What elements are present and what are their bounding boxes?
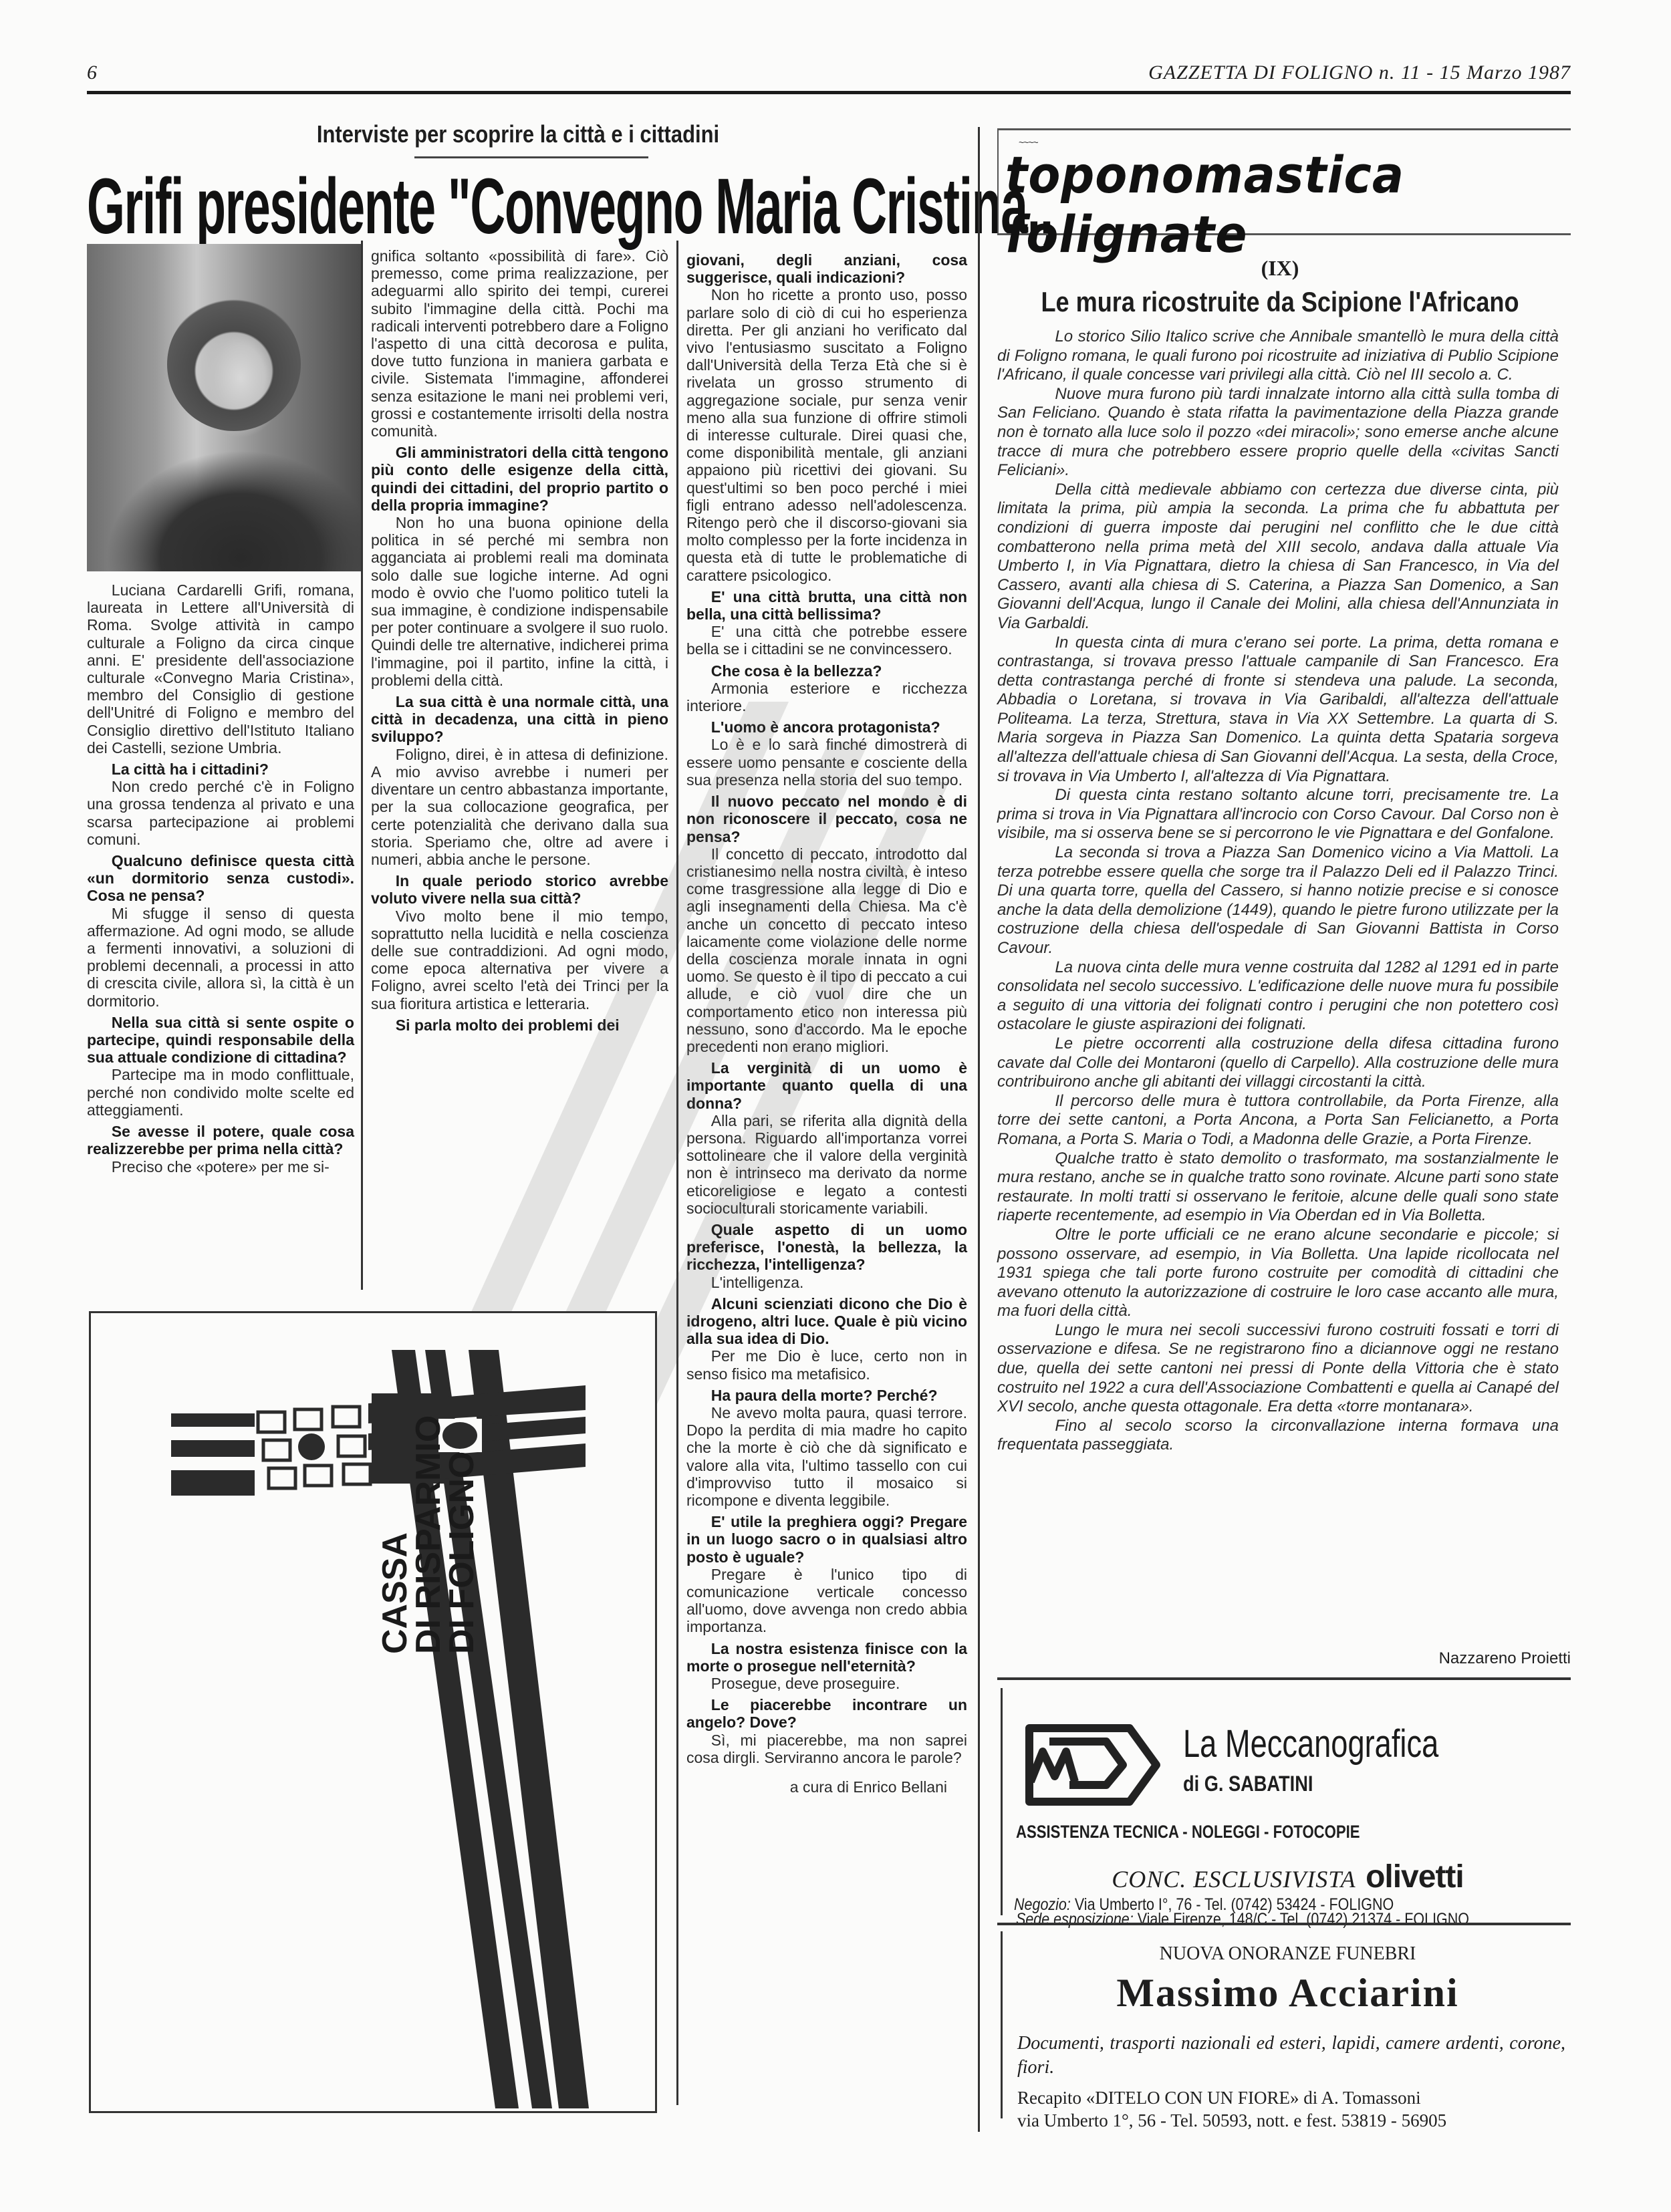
series-number: (IX) — [989, 256, 1571, 281]
interview-question: E' una città brutta, una città non bella… — [686, 588, 967, 623]
interview-question: Si parla molto dei problemi dei — [371, 1016, 668, 1034]
interview-question: Nella sua città si sente ospite o partec… — [87, 1014, 354, 1067]
interview-question: Se avesse il potere, quale cosa realizze… — [87, 1123, 354, 1157]
interview-answer: Foligno, direi, è in attesa di definizio… — [371, 746, 668, 868]
interview-answer: Il concetto di peccato, introdotto dal c… — [686, 845, 967, 1055]
company-name: La Meccanografica — [1183, 1721, 1438, 1766]
interview-answer: Per me Dio è luce, certo non in senso fi… — [686, 1347, 967, 1382]
topo-paragraph: Della città medievale abbiamo con certez… — [997, 480, 1559, 634]
interview-answer: Ne avevo molta paura, quasi terrore. Dop… — [686, 1404, 967, 1509]
bank-cross-logo-icon — [91, 1313, 657, 2113]
byline: a cura di Enrico Bellani — [686, 1778, 967, 1796]
section-title: toponomastica folignate — [1005, 145, 1525, 264]
dealer-label: CONC. ESCLUSIVISTA — [1112, 1866, 1356, 1893]
interview-question: Che cosa è la bellezza? — [686, 662, 967, 680]
topo-paragraph: Fino al secolo scorso la circonvallazion… — [997, 1417, 1559, 1455]
brand-logo: olivetti — [1366, 1859, 1464, 1895]
interview-question: La nostra esistenza finisce con la morte… — [686, 1640, 967, 1675]
topo-paragraph: In questa cinta di mura c'erano sei port… — [997, 634, 1559, 787]
company-owner: di G. SABATINI — [1183, 1772, 1313, 1796]
interview-question: E' utile la preghiera oggi? Pregare in u… — [686, 1513, 967, 1566]
topo-paragraph: Le pietre occorrenti alla costruzione de… — [997, 1034, 1559, 1092]
company-services: ASSISTENZA TECNICA - NOLEGGI - FOTOCOPIE — [1016, 1822, 1360, 1842]
interview-question: Il nuovo peccato nel mondo è di non rico… — [686, 793, 967, 845]
column-divider — [361, 241, 363, 1290]
topo-paragraph: Il percorso delle mura è tuttora control… — [997, 1092, 1559, 1149]
topo-headline: Le mura ricostruite da Scipione l'Africa… — [1030, 286, 1530, 318]
interview-answer: Vivo molto bene il mio tempo, soprattutt… — [371, 908, 668, 1012]
column-divider — [978, 127, 980, 2132]
interview-question: L'uomo è ancora protagonista? — [686, 718, 967, 736]
interview-answer: gnifica soltanto «possibilità di fare». … — [371, 247, 668, 440]
interview-question: Quale aspetto di un uomo preferisce, l'o… — [686, 1221, 967, 1274]
topo-paragraph: La seconda si trova a Piazza San Domenic… — [997, 843, 1559, 958]
topo-paragraph: Qualche tratto è stato demolito o trasfo… — [997, 1149, 1559, 1226]
interview-question: Alcuni scienziati dicono che Dio è idrog… — [686, 1295, 967, 1348]
funeral-address-1: Recapito «DITELO CON UN FIORE» di A. Tom… — [1017, 2086, 1565, 2109]
interview-answer: Mi sfugge il senso di questa affermazion… — [87, 905, 354, 1010]
interview-question: Qualcuno definisce questa città «un dorm… — [87, 852, 354, 905]
interview-question: La città ha i cittadini? — [87, 761, 354, 778]
interview-question: Ha paura della morte? Perché? — [686, 1387, 967, 1404]
interview-answer: Prosegue, deve proseguire. — [686, 1675, 967, 1692]
interview-question: Le piacerebbe incontrare un angelo? Dove… — [686, 1696, 967, 1731]
interview-column-2: gnifica soltanto «possibilità di fare». … — [371, 247, 668, 1034]
portrait-photo — [87, 244, 361, 571]
interview-answer: Pregare è l'unico tipo di comunicazione … — [686, 1566, 967, 1636]
topo-paragraph: Oltre le porte ufficiali ce ne erano alc… — [997, 1226, 1559, 1321]
interview-answer: Lo è e lo sarà finché dimostrerà di esse… — [686, 736, 967, 789]
page-header: 6 GAZZETTA DI FOLIGNO n. 11 - 15 Marzo 1… — [87, 61, 1571, 95]
interview-answer: Partecipe ma in modo conflittuale, perch… — [87, 1066, 354, 1119]
interview-answer: E' una città che potrebbe essere bella s… — [686, 623, 967, 658]
interview-answer: Preciso che «potere» per me si- — [87, 1158, 354, 1176]
funeral-kicker: NUOVA ONORANZE FUNEBRI — [1003, 1943, 1573, 1965]
interview-question: giovani, degli anziani, cosa suggerisce,… — [686, 251, 967, 286]
column-divider — [676, 241, 678, 2105]
topo-paragraph: La nuova cinta delle mura venne costruit… — [997, 958, 1559, 1034]
dealer-line: CONC. ESCLUSIVISTA olivetti — [1003, 1858, 1573, 1895]
topo-paragraph: Di questa cinta restano soltanto alcune … — [997, 786, 1559, 843]
bank-advertisement: CASSA DI RISPARMIO DI FOLIGNO — [89, 1311, 657, 2113]
topo-paragraph: Lo storico Silio Italico scrive che Anni… — [997, 327, 1559, 385]
interview-question: La sua città è una normale città, una ci… — [371, 693, 668, 746]
meccanografica-advertisement: La Meccanografica di G. SABATINI ASSISTE… — [1001, 1688, 1571, 1915]
interview-answer: Alla pari, se riferita alla dignità dell… — [686, 1112, 967, 1217]
interview-question: Gli amministratori della città tengono p… — [371, 444, 668, 514]
interview-answer: L'intelligenza. — [686, 1274, 967, 1291]
section-banner: ~~~~ toponomastica folignate — [997, 128, 1571, 235]
article-kicker: Interviste per scoprire la città e i cit… — [147, 120, 888, 148]
interview-answer: Armonia esteriore e ricchezza interiore. — [686, 680, 967, 714]
topo-paragraph: Nuove mura furono più tardi innalzate in… — [997, 385, 1559, 480]
interview-answer: Non ho ricette a pronto uso, posso parla… — [686, 286, 967, 583]
article-headline: Grifi presidente "Convegno Maria Cristin… — [87, 167, 634, 246]
interview-question: La verginità di un uomo è importante qua… — [686, 1059, 967, 1112]
interview-answer: Non credo perché c'è in Foligno una gros… — [87, 778, 354, 848]
interview-answer: Non ho una buona opinione della politica… — [371, 514, 668, 689]
bank-name: CASSA DI RISPARMIO DI FOLIGNO — [378, 1415, 479, 1654]
shop-address: Negozio: Via Umberto I°, 76 - Tel. (0742… — [1014, 1895, 1394, 1915]
ad-rule — [997, 1923, 1571, 1925]
topo-article-body: Lo storico Silio Italico scrive che Anni… — [997, 327, 1559, 1455]
funeral-services: Documenti, trasporti nazionali ed esteri… — [1017, 2032, 1565, 2080]
topo-author: Nazzareno Proietti — [1439, 1649, 1571, 1668]
portrait-figure — [167, 297, 301, 431]
meccanografica-logo-icon — [1016, 1715, 1176, 1815]
masthead: GAZZETTA DI FOLIGNO n. 11 - 15 Marzo 198… — [1148, 61, 1571, 84]
funeral-name: Massimo Acciarini — [1003, 1970, 1573, 2016]
interview-column-3: giovani, degli anziani, cosa suggerisce,… — [686, 247, 967, 1796]
funeral-advertisement: NUOVA ONORANZE FUNEBRI Massimo Acciarini… — [1001, 1931, 1571, 2118]
interview-question: In quale periodo storico avrebbe voluto … — [371, 872, 668, 907]
interview-column-1: Luciana Cardarelli Grifi, romana, laurea… — [87, 581, 354, 1176]
interview-answer: Luciana Cardarelli Grifi, romana, laurea… — [87, 581, 354, 756]
topo-paragraph: Lungo le mura nei secoli successivi furo… — [997, 1321, 1559, 1417]
kicker-rule — [414, 156, 648, 158]
page-number: 6 — [87, 61, 97, 84]
funeral-address-2: via Umberto 1°, 56 - Tel. 50593, nott. e… — [1017, 2109, 1565, 2132]
interview-answer: Sì, mi piacerebbe, ma non saprei cosa di… — [686, 1732, 967, 1766]
header-rule — [87, 91, 1571, 94]
ad-rule — [997, 1677, 1571, 1680]
